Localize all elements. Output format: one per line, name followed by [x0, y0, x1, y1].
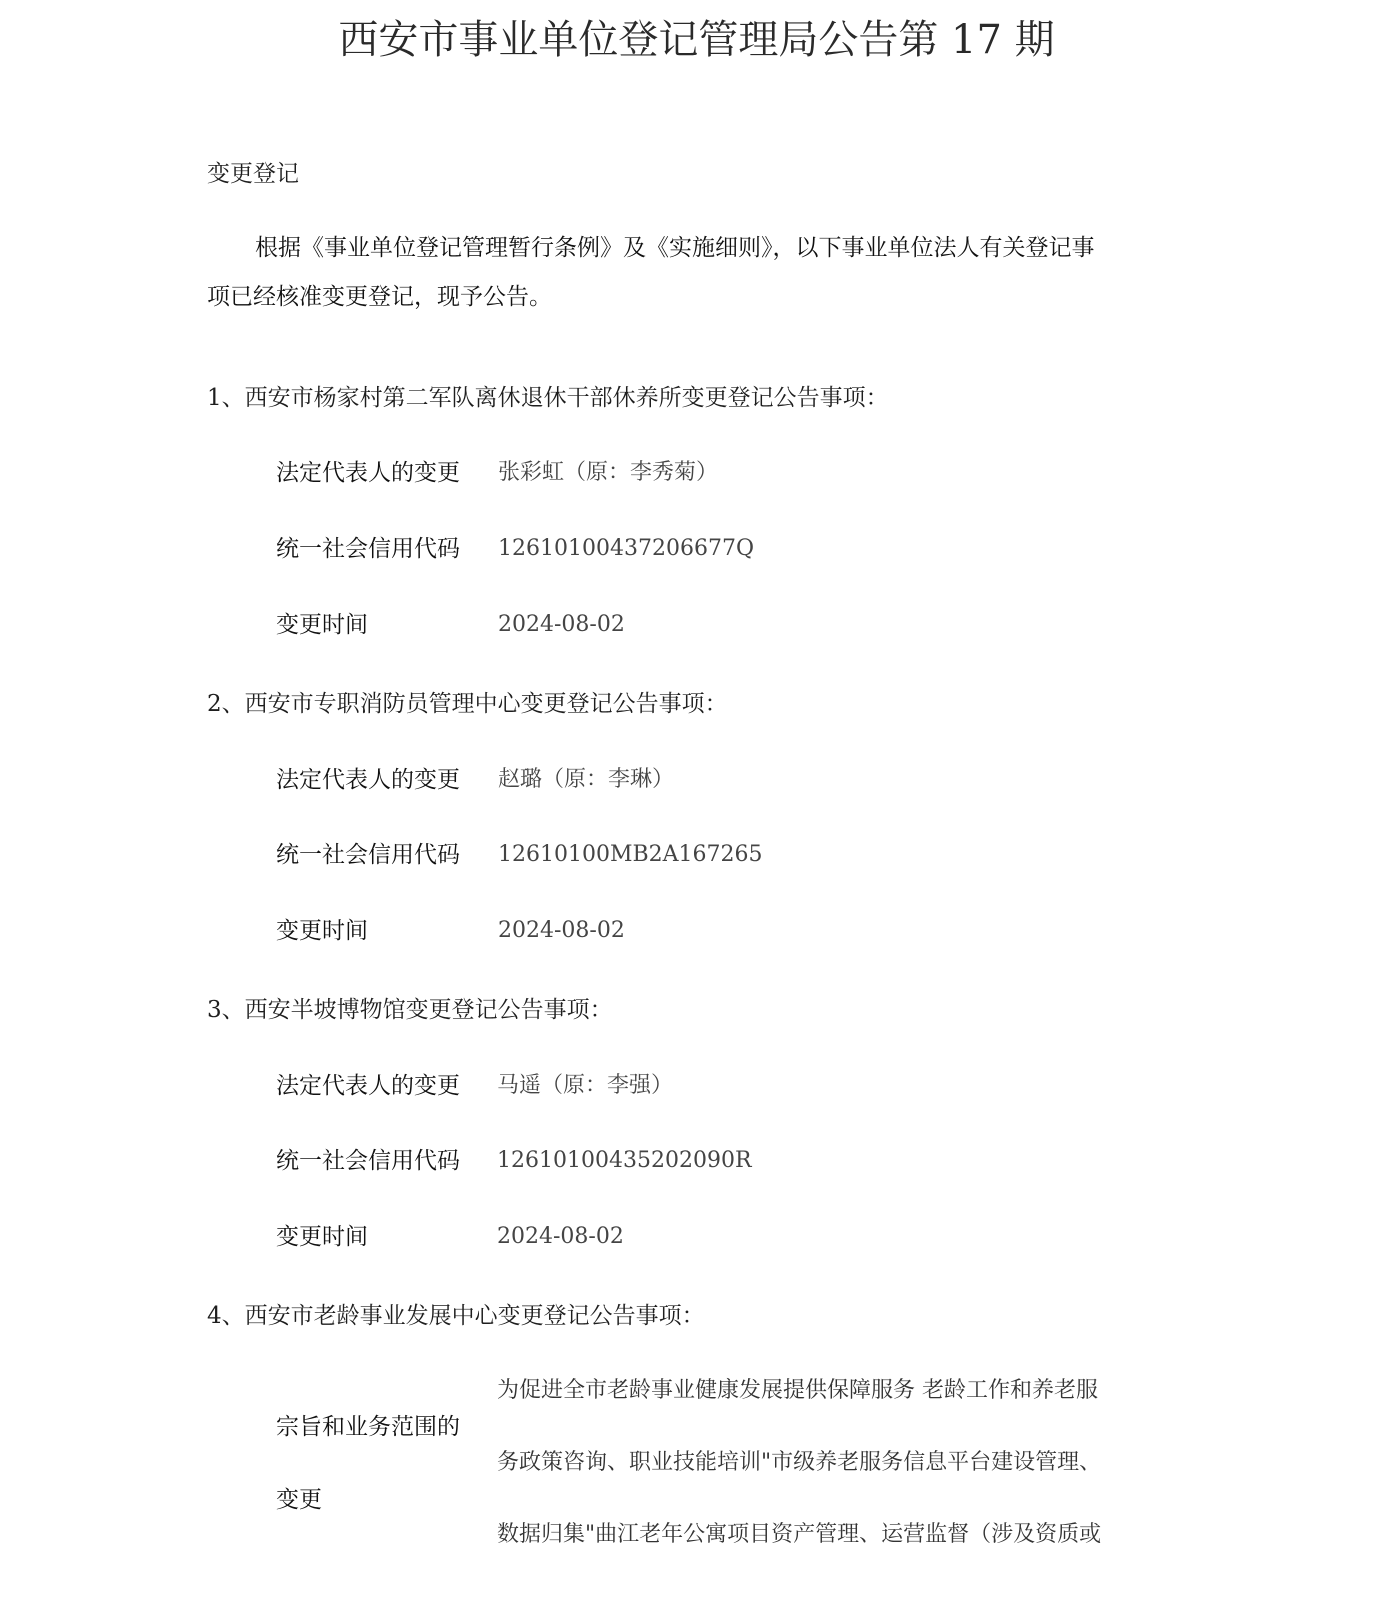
entry-4-field-value-line-3: 数据归集"曲江老年公寓项目资产管理、运营监督（涉及资质或: [497, 1519, 1101, 1551]
entry-3-field-value: 12610100435202090R: [497, 1145, 752, 1177]
entry-1-heading: 1、西安市杨家村第二军队离休退休干部休养所变更登记公告事项：: [207, 382, 889, 414]
entry-2-field-value: 12610100MB2A167265: [498, 839, 763, 871]
entry-4-field-value-line-2: 务政策咨询、职业技能培训"市级养老服务信息平台建设管理、: [497, 1447, 1101, 1479]
entry-4-field-label-line-2: 变更: [276, 1484, 322, 1516]
entry-4-field-value-line-1: 为促进全市老龄事业健康发展提供保障服务 老龄工作和养老服: [497, 1375, 1098, 1407]
page-title: 西安市事业单位登记管理局公告第 17 期: [0, 14, 1393, 66]
entry-4-heading: 4、西安市老龄事业发展中心变更登记公告事项：: [207, 1300, 705, 1332]
entry-2-field-label: 法定代表人的变更: [276, 764, 460, 796]
entry-3-field-label: 法定代表人的变更: [276, 1070, 460, 1102]
entry-1-field-value: 12610100437206677Q: [498, 533, 754, 565]
entry-1-field-label: 变更时间: [276, 609, 368, 641]
entry-2-field-label: 变更时间: [276, 915, 368, 947]
entry-3-field-label: 变更时间: [276, 1221, 368, 1253]
entry-3-heading: 3、西安半坡博物馆变更登记公告事项：: [207, 994, 613, 1026]
intro-line-2: 项已经核准变更登记，现予公告。: [207, 281, 552, 313]
entry-3-field-value: 马遥（原：李强）: [497, 1070, 673, 1102]
entry-1-field-label: 法定代表人的变更: [276, 457, 460, 489]
entry-1-field-value: 2024-08-02: [498, 609, 625, 641]
entry-2-field-value: 2024-08-02: [498, 915, 625, 947]
entry-2-heading: 2、西安市专职消防员管理中心变更登记公告事项：: [207, 688, 728, 720]
entry-2-field-value: 赵璐（原：李琳）: [498, 764, 674, 796]
entry-1-field-value: 张彩虹（原：李秀菊）: [498, 457, 718, 489]
entry-4-field-label-line-1: 宗旨和业务范围的: [276, 1411, 460, 1443]
section-heading: 变更登记: [207, 158, 299, 190]
intro-line-1: 根据《事业单位登记管理暂行条例》及《实施细则》，以下事业单位法人有关登记事: [255, 232, 1095, 264]
entry-2-field-label: 统一社会信用代码: [276, 839, 460, 871]
entry-3-field-value: 2024-08-02: [497, 1221, 624, 1253]
entry-3-field-label: 统一社会信用代码: [276, 1145, 460, 1177]
entry-1-field-label: 统一社会信用代码: [276, 533, 460, 565]
